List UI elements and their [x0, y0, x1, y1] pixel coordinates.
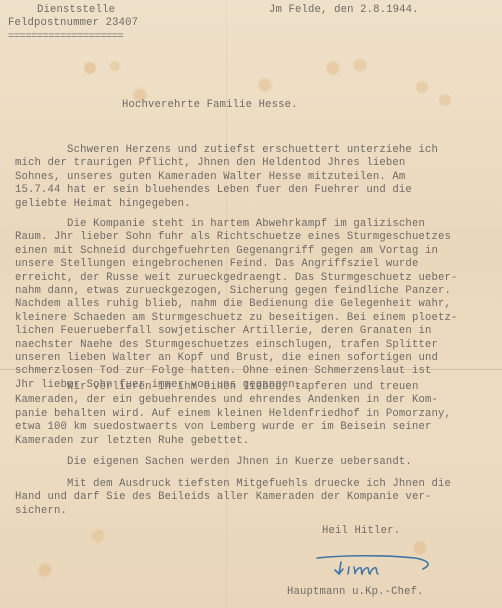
header-underline-rule: ====================	[8, 31, 138, 44]
paragraph-circumstances: Die Kompanie steht in hartem Abwehrkampf…	[15, 218, 495, 392]
field-post-number: Feldpostnummer 23407	[8, 17, 138, 30]
text-line: Hand und darf Sie des Beileids aller Kam…	[15, 491, 495, 504]
handwritten-signature	[315, 552, 435, 582]
text-line: unsere Stellungen eingebrochenen Feind. …	[15, 258, 495, 271]
text-line: Kameraden, der ein gebuehrendes und ehre…	[15, 394, 495, 407]
signatory-title: Hauptmann u.Kp.-Chef.	[287, 586, 424, 599]
text-line: lichen Feuerueberfall sowjetischer Artil…	[15, 325, 495, 338]
text-line: Die eigenen Sachen werden Jhnen in Kuerz…	[15, 456, 495, 469]
text-line: naechster Naehe des Sturmgeschuetzes ein…	[15, 339, 495, 352]
place-and-date: Jm Felde, den 2.8.1944.	[269, 4, 419, 17]
office-name: Dienststelle	[8, 4, 138, 17]
text-line: Schweren Herzens und zutiefst erschuette…	[15, 144, 495, 157]
text-line: einen mit Schneid durchgefuehrten Gegena…	[15, 245, 495, 258]
salutation: Hochverehrte Familie Hesse.	[122, 99, 298, 112]
text-line: schmerzlosen Tod zur Folge hatten. Ohne …	[15, 365, 495, 378]
text-line: panie behalten wird. Auf einem kleinen H…	[15, 408, 495, 421]
text-line: sichern.	[15, 505, 495, 518]
text-line: unseren lieben Walter an Kopf und Brust,…	[15, 352, 495, 365]
text-line: geliebte Heimat hingegeben.	[15, 198, 495, 211]
text-line: mich der traurigen Pflicht, Jhnen den He…	[15, 157, 495, 170]
letter-header-office: Dienststelle Feldpostnummer 23407 ======…	[8, 4, 138, 44]
text-line: Die Kompanie steht in hartem Abwehrkampf…	[15, 218, 495, 231]
paragraph-notification: Schweren Herzens und zutiefst erschuette…	[15, 144, 495, 211]
text-line: Sohnes, unseres guten Kameraden Walter H…	[15, 171, 495, 184]
text-line: Nachdem alles ruhig blieb, nahm die Bedi…	[15, 298, 495, 311]
text-line: kleinere Schaeden am Sturmgeschuetz zu b…	[15, 312, 495, 325]
closing-phrase: Heil Hitler.	[322, 525, 400, 538]
text-line: Mit dem Ausdruck tiefsten Mitgefuehls dr…	[15, 478, 495, 491]
paragraph-condolences: Mit dem Ausdruck tiefsten Mitgefuehls dr…	[15, 478, 495, 518]
text-line: etwa 100 km suedostwaerts von Lemberg wu…	[15, 421, 495, 434]
letter-page: Dienststelle Feldpostnummer 23407 ======…	[0, 0, 502, 608]
paragraph-belongings: Die eigenen Sachen werden Jhnen in Kuerz…	[15, 456, 495, 469]
text-line: erreicht, der Russe weit zurueckgedraeng…	[15, 272, 495, 285]
text-line: Kameraden zur letzten Ruhe gebettet.	[15, 435, 495, 448]
text-line: Raum. Jhr lieber Sohn fuhr als Richtschu…	[15, 231, 495, 244]
paragraph-remembrance: Wir verlieren in ihm einen lieben, tapfe…	[15, 381, 495, 448]
text-line: 15.7.44 hat er sein bluehendes Leben fue…	[15, 184, 495, 197]
text-line: nahm dann, etwas zurueckgezogen, Sicheru…	[15, 285, 495, 298]
text-line: Wir verlieren in ihm einen lieben, tapfe…	[15, 381, 495, 394]
